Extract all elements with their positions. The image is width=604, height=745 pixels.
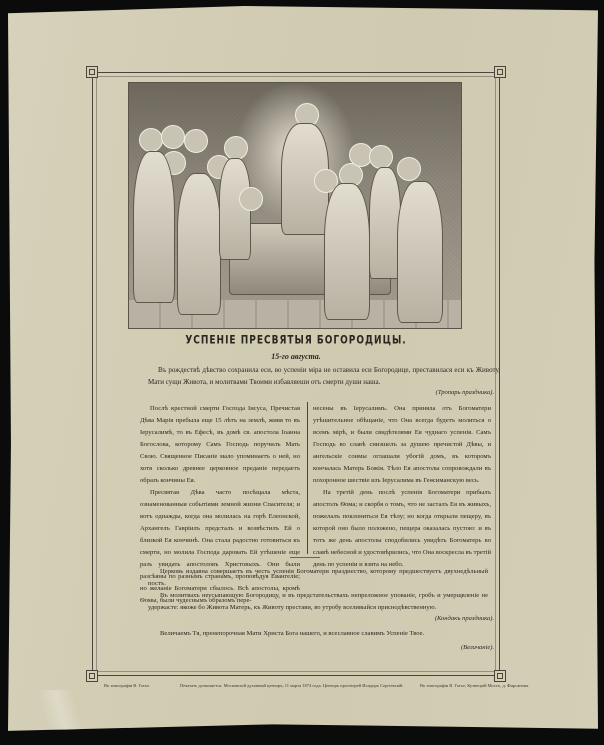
engraving-figure-apostle [133,151,175,303]
frame-corner-ornament-bottom-right [494,670,506,682]
column-divider [307,402,308,554]
body-paragraph: несены въ Іерусалимъ. Она приняла отъ Бо… [313,403,491,487]
halo-icon [397,157,421,181]
page-title: УСПЕНІЕ ПРЕСВЯТЫЯ БОГОРОДИЦЫ. [92,335,500,348]
note-kontakion: Въ молитвахъ неусыпающую Богородицу, и в… [148,590,488,614]
body-paragraph: На третій день послѣ успенія Богоматери … [313,487,491,571]
engraving-figure-apostle [397,181,443,323]
troparion-text: Въ рождествѣ дѣвство сохранила еси, во у… [148,364,500,388]
note-magnification: Величаемъ Тя, пренепорочная Мати Христа … [148,628,488,640]
paper-crease [20,690,100,730]
footer-address: Въ типографіи В. Готье, Кузнецкій Мостъ,… [420,683,529,688]
halo-icon [184,129,208,153]
section-divider [290,557,320,558]
frame-corner-ornament-bottom-left [86,670,98,682]
halo-icon [161,125,185,149]
dormition-engraving [128,82,462,329]
frame-corner-ornament-top-left [86,66,98,78]
magnification-attribution: (Величаніе). [461,644,494,651]
footer-censor: Печатать дозволяется. Московскій духовны… [180,683,404,688]
body-paragraph: Послѣ крестной смерти Господа Іисуса, Пр… [140,403,300,487]
body-right-column: несены въ Іерусалимъ. Она приняла отъ Бо… [313,403,491,571]
note-fast: Церковь издавна совершаетъ въ честь успе… [148,566,488,590]
kontakion-attribution: (Кондакъ праздника). [435,615,494,622]
halo-icon [369,145,393,169]
feast-date: 15-го августа. [92,352,500,361]
engraving-figure-apostle [177,173,221,315]
frame-corner-ornament-top-right [494,66,506,78]
halo-icon [224,136,248,160]
engraving-figure-apostle [324,183,370,320]
troparion-attribution: (Тропарь праздника). [436,389,494,396]
halo-icon [239,187,263,211]
halo-icon [139,128,163,152]
footer-printer: Въ типографіи В. Готье. [104,683,150,688]
